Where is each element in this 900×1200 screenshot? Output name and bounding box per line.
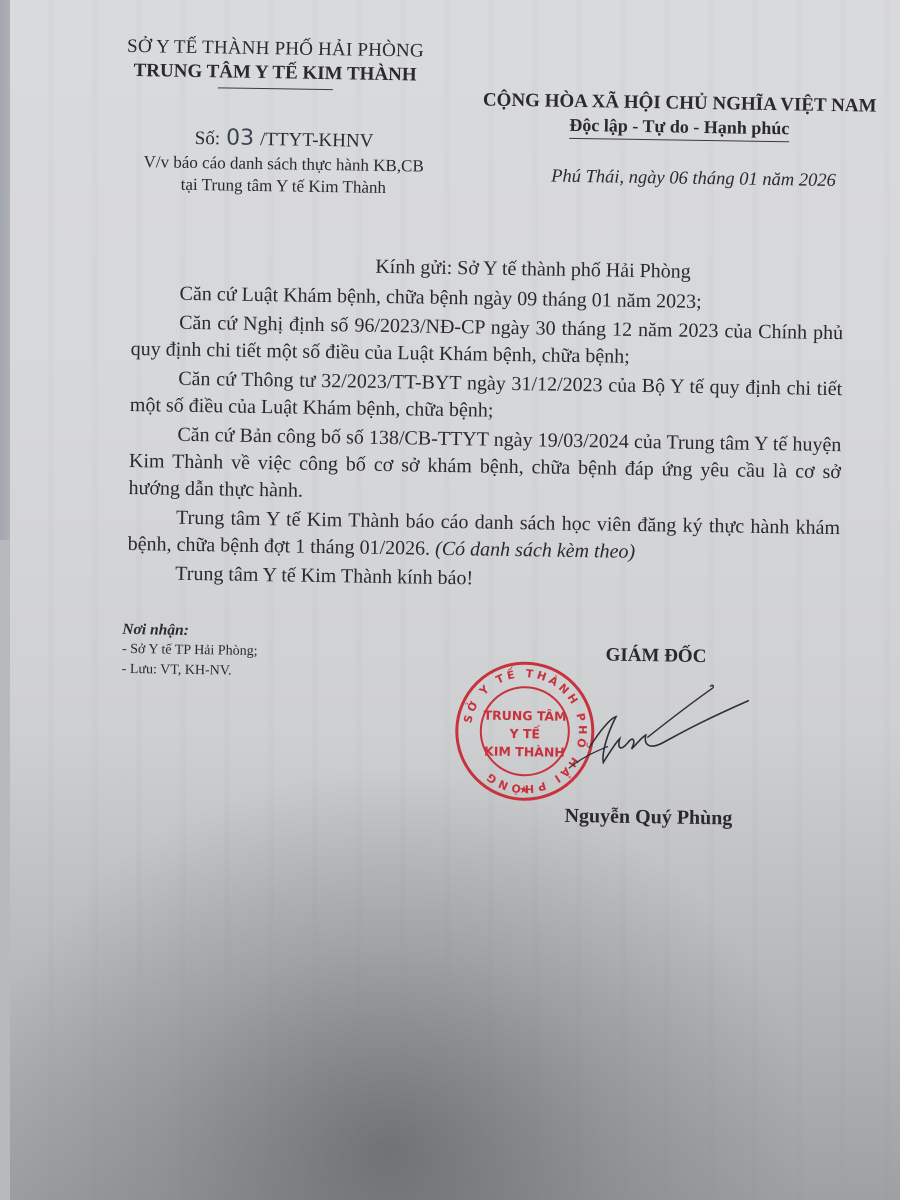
document-number-suffix: /TTYT-KHNV — [260, 129, 374, 152]
letter-body: Kính gửi: Sở Y tế thành phố Hải Phòng Că… — [127, 250, 844, 600]
legal-basis-4: Căn cứ Bản công bố số 138/CB-TTYT ngày 1… — [128, 421, 841, 513]
report-statement: Trung tâm Y tế Kim Thành báo cáo danh sá… — [127, 504, 840, 569]
signer-name: Nguyễn Quý Phùng — [538, 804, 758, 830]
national-header-block: CỘNG HÒA XÃ HỘI CHỦ NGHĨA VIỆT NAM Độc l… — [464, 88, 895, 144]
seal-star-icon: ★ — [519, 784, 529, 796]
issuing-unit: TRUNG TÂM Y TẾ KIM THÀNH — [95, 58, 455, 88]
document-number-value: 03 — [226, 125, 254, 150]
place-and-date: Phú Thái, ngày 06 tháng 01 năm 2026 — [493, 166, 893, 193]
document-number: Số:03/TTYT-KHNV — [114, 125, 454, 155]
recipients-block: Nơi nhận: - Sở Y tế TP Hải Phòng; - Lưu:… — [122, 620, 383, 684]
document-subject: V/v báo cáo danh sách thực hành KB,CB tạ… — [113, 151, 454, 200]
report-attachment-note: (Có danh sách kèm theo) — [435, 538, 635, 563]
national-title: CỘNG HÒA XÃ HỘI CHỦ NGHĨA VIỆT NAM — [465, 88, 895, 119]
issuing-authority-block: SỞ Y TẾ THÀNH PHỐ HẢI PHÒNG TRUNG TÂM Y … — [95, 34, 456, 92]
unit-underline — [217, 87, 332, 90]
seal-center-line-2: Y TẾ — [508, 725, 540, 741]
national-motto: Độc lập - Tự do - Hạnh phúc — [569, 114, 789, 142]
legal-basis-2: Căn cứ Nghị định số 96/2023/NĐ-CP ngày 3… — [131, 309, 844, 374]
handwritten-signature-icon — [549, 672, 771, 785]
official-letter: SỞ Y TẾ THÀNH PHỐ HẢI PHÒNG TRUNG TÂM Y … — [0, 0, 900, 1200]
signer-title: GIÁM ĐỐC — [581, 644, 731, 668]
legal-basis-3: Căn cứ Thông tư 32/2023/TT-BYT ngày 31/1… — [130, 365, 843, 430]
document-number-prefix: Số: — [195, 128, 221, 149]
recipient-item: - Lưu: VT, KH-NV. — [122, 660, 382, 684]
